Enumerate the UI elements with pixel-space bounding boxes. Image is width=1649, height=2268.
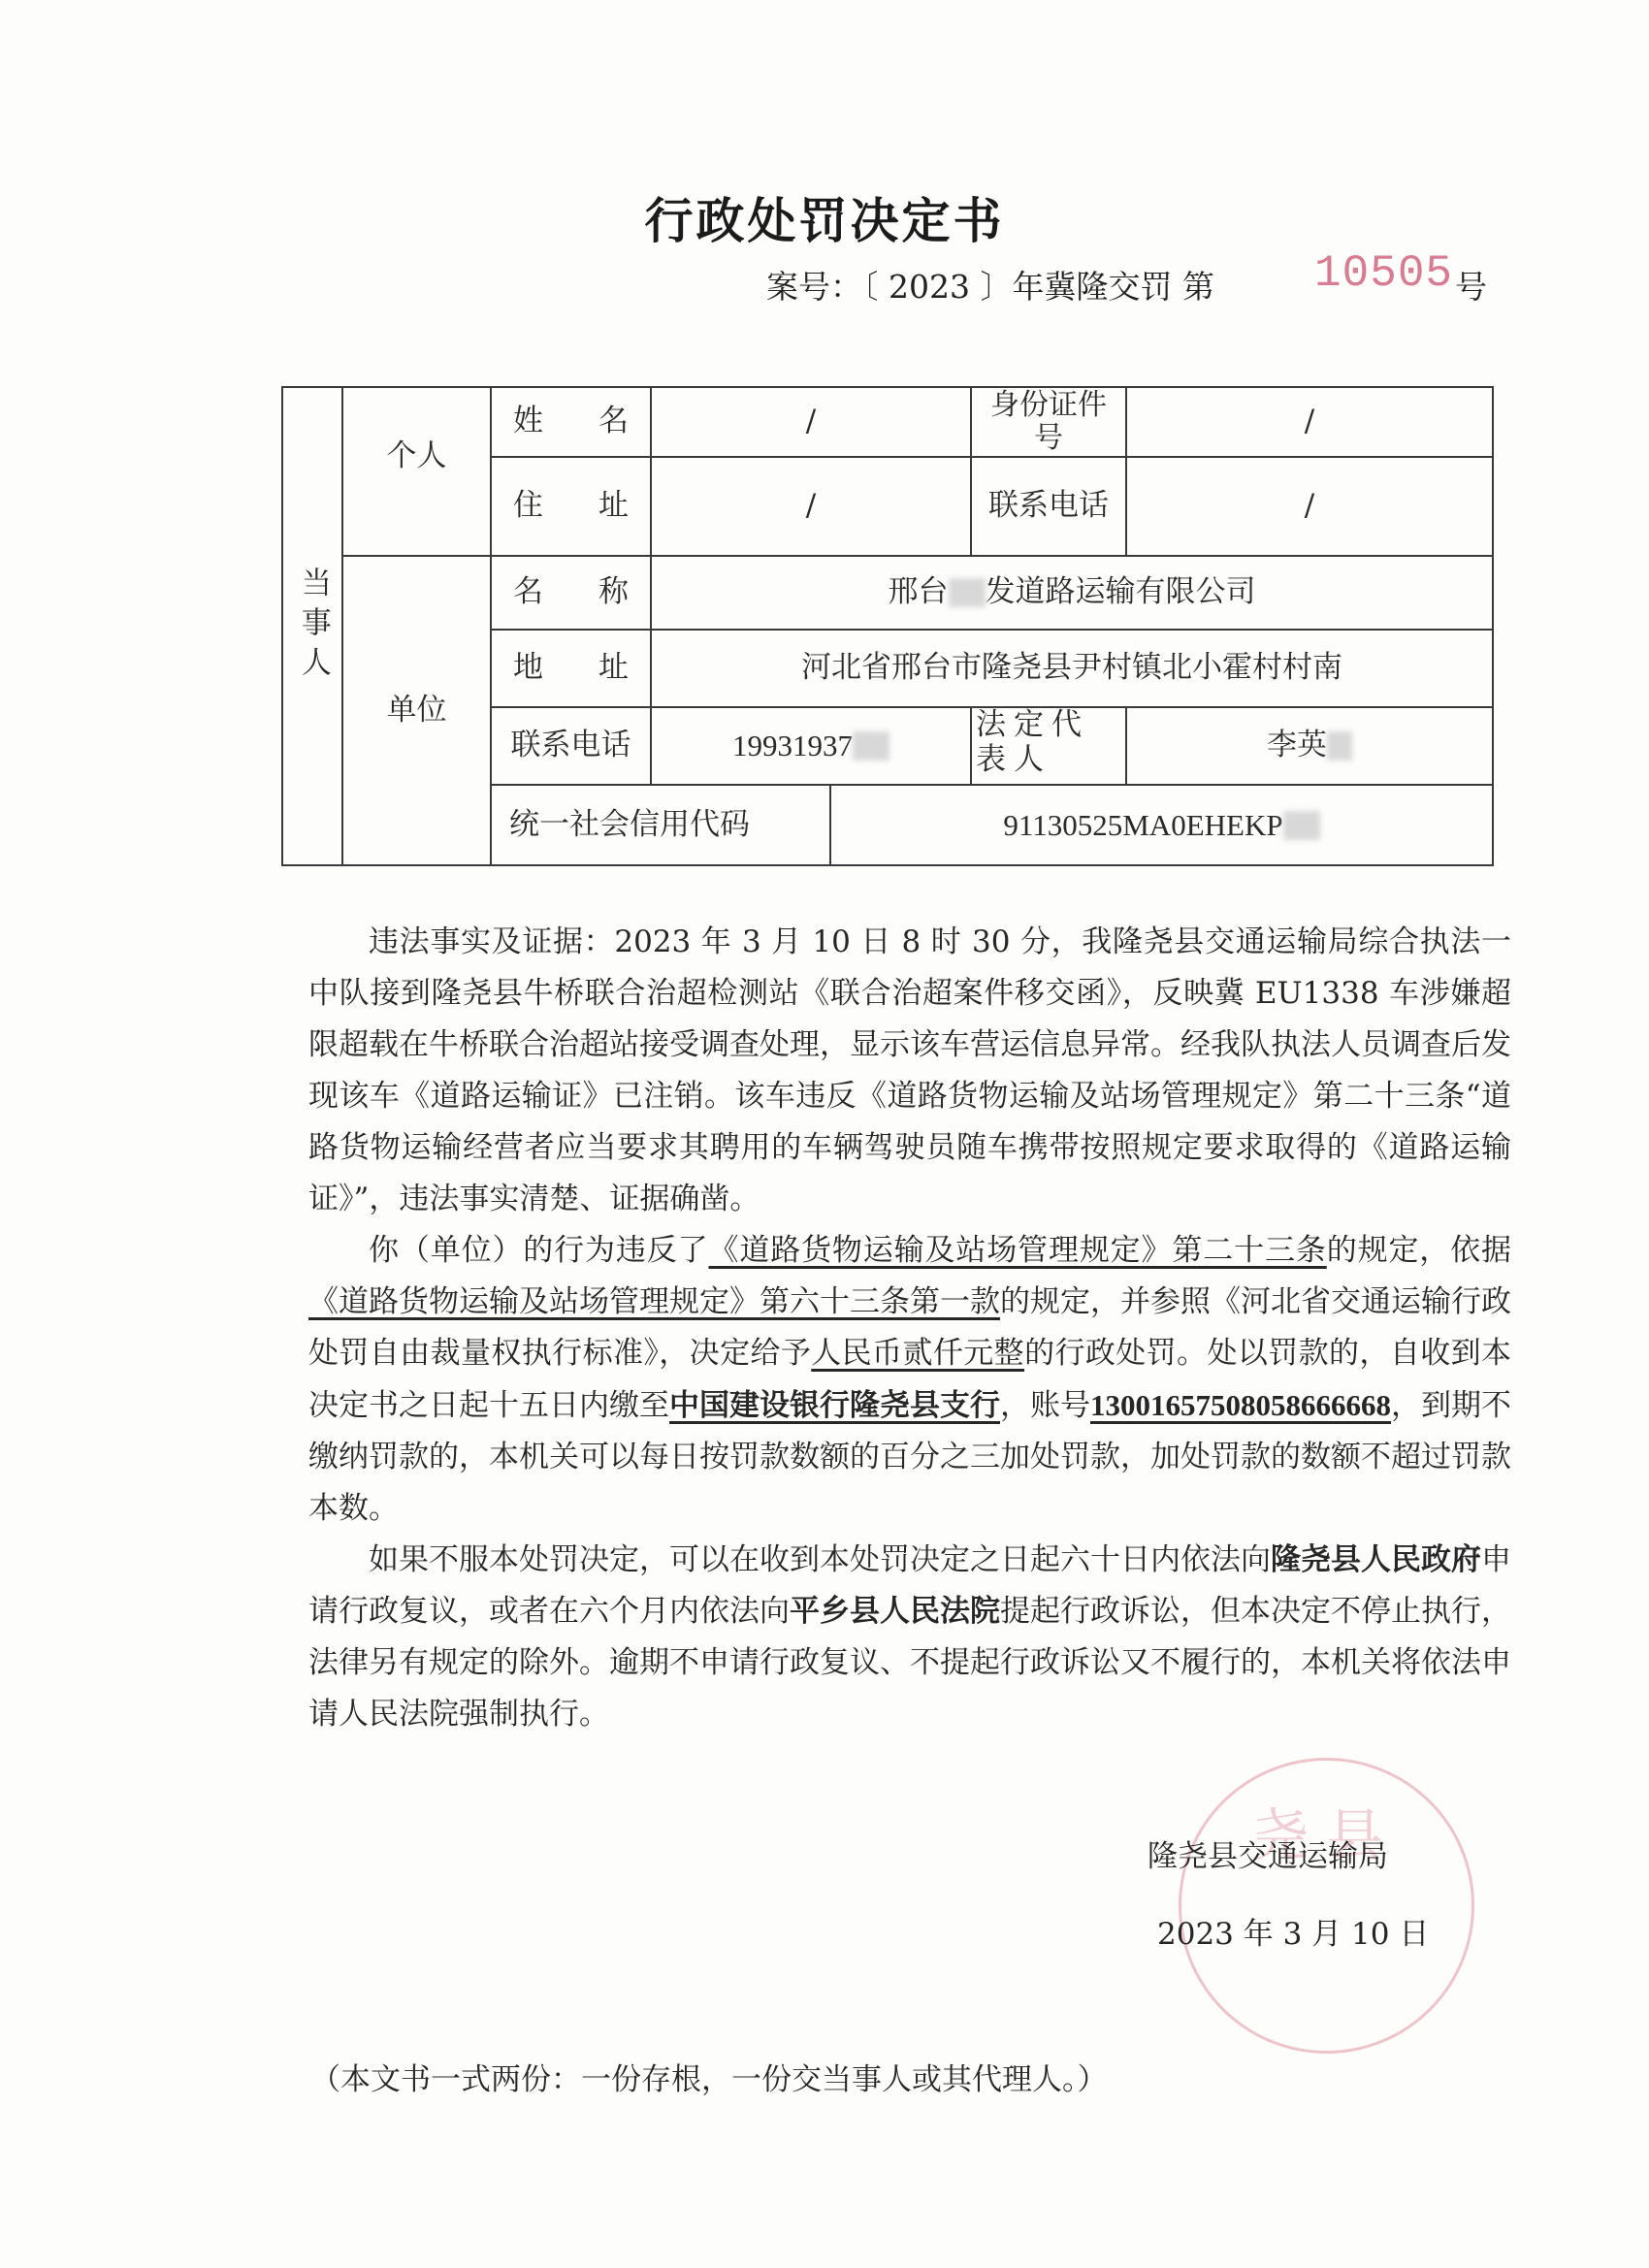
court-name: 平乡县人民法院	[790, 1594, 1000, 1629]
case-number: 案号：〔 2023 〕年冀隆交罚 第 10505 号	[766, 262, 1214, 308]
review-authority: 隆尧县人民政府	[1271, 1542, 1481, 1577]
document-title: 行政处罚决定书	[0, 182, 1649, 252]
case-number-value: 10505	[1314, 248, 1453, 299]
account-number: 13001657508058666668	[1090, 1388, 1391, 1422]
appeal-paragraph: 如果不服本处罚决定，可以在收到本处罚决定之日起六十日内依法向隆尧县人民政府申请行…	[308, 1535, 1511, 1740]
individual-id-value: /	[1127, 388, 1492, 456]
unit-address-label: 地址	[492, 631, 650, 706]
unit-name-value: 邢台发道路运输有限公司	[652, 557, 1492, 629]
issue-date: 2023 年 3 月 10 日	[1157, 1909, 1429, 1953]
legal-rep-label: 法定代表人	[972, 708, 1125, 784]
redaction-blur	[949, 578, 986, 607]
individual-name-value: /	[652, 388, 970, 456]
individual-address-value: /	[652, 458, 970, 555]
redaction-blur	[1327, 731, 1352, 761]
individual-address-label: 住址	[492, 458, 650, 555]
credit-code-value: 91130525MA0EHEKP	[831, 786, 1492, 864]
party-table: 当事人 个人 姓名 / 身份证件号 / 住址 / 联系电话 / 单位 名称 邢台…	[281, 386, 1494, 866]
table-border-bottom	[281, 864, 1494, 866]
credit-code-label: 统一社会信用代码	[492, 786, 829, 864]
decision-paragraph: 你（单位）的行为违反了《道路货物运输及站场管理规定》第二十三条的规定，依据《道路…	[308, 1225, 1511, 1535]
footer-note: （本文书一式两份：一份存根，一份交当事人或其代理人。）	[310, 2055, 1108, 2098]
legal-rep-value: 李英	[1127, 708, 1492, 784]
case-number-suffix: 号	[1455, 262, 1487, 308]
individual-group-label: 个人	[343, 388, 490, 555]
unit-name-label: 名称	[492, 557, 650, 629]
penalty-amount: 人民币贰仟元整	[811, 1336, 1024, 1371]
redaction-blur	[853, 731, 889, 761]
redaction-blur	[1283, 811, 1320, 840]
violated-rule: 《道路货物运输及站场管理规定》第二十三条	[708, 1233, 1326, 1268]
unit-group-label: 单位	[343, 557, 490, 864]
individual-phone-value: /	[1127, 458, 1492, 555]
party-label: 当事人	[283, 388, 341, 864]
document-body: 违法事实及证据：2023 年 3 月 10 日 8 时 30 分，我隆尧县交通运…	[308, 917, 1511, 1740]
official-seal: 尧县	[1179, 1758, 1474, 2054]
unit-address-value: 河北省邢台市隆尧县尹村镇北小霍村村南	[652, 631, 1492, 706]
individual-name-label: 姓名	[492, 388, 650, 456]
bank-name: 中国建设银行隆尧县支行	[669, 1388, 1000, 1423]
issuing-authority: 隆尧县交通运输局	[1148, 1831, 1388, 1875]
unit-phone-label: 联系电话	[492, 708, 650, 784]
table-border-right	[1492, 386, 1494, 866]
individual-phone-label: 联系电话	[972, 458, 1125, 555]
case-number-prefix: 案号：〔 2023 〕年冀隆交罚 第	[766, 268, 1214, 306]
basis-rule: 《道路货物运输及站场管理规定》第六十三条第一款	[308, 1284, 1000, 1319]
facts-paragraph: 违法事实及证据：2023 年 3 月 10 日 8 时 30 分，我隆尧县交通运…	[308, 917, 1511, 1225]
unit-phone-value: 19931937	[652, 708, 970, 784]
individual-id-label: 身份证件号	[972, 388, 1125, 456]
